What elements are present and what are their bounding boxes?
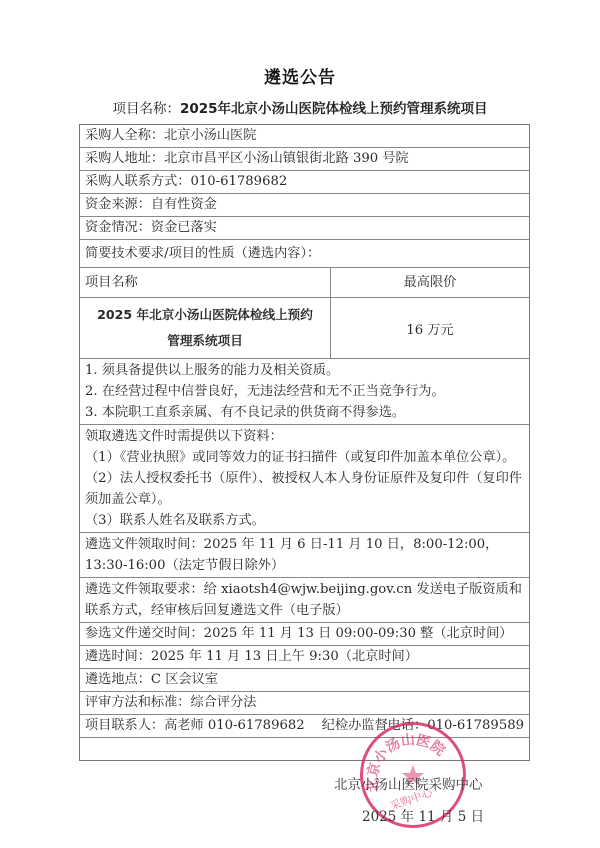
items-header-row: 项目名称 最高限价 xyxy=(80,268,529,298)
document-title: 遴选公告 xyxy=(0,63,600,88)
evaluation-method-row: 评审方法和标准：综合评分法 xyxy=(80,692,529,715)
qualification-item: 1. 须具备提供以上服务的能力及相关资质。 xyxy=(85,360,524,381)
item-name-cell: 2025 年北京小汤山医院体检线上预约 管理系统项目 xyxy=(80,298,331,358)
qualifications-row: 1. 须具备提供以上服务的能力及相关资质。 2. 在经营过程中信誉良好，无违法经… xyxy=(80,359,529,425)
documents-header: 领取遴选文件时需提供以下资料： xyxy=(85,426,524,447)
project-contact: 项目联系人：高老师 010-61789682 xyxy=(85,715,305,737)
selection-location-row: 遴选地点：C 区会议室 xyxy=(80,669,529,692)
item-name-line1: 2025 年北京小汤山医院体检线上预约 xyxy=(85,302,325,328)
item-row: 2025 年北京小汤山医院体检线上预约 管理系统项目 16 万元 xyxy=(80,298,529,359)
qualification-item: 3. 本院职工直系亲属、有不良记录的供货商不得参选。 xyxy=(85,402,524,423)
document-item: （3）联系人姓名及联系方式。 xyxy=(85,510,524,531)
fund-status-row: 资金情况：资金已落实 xyxy=(80,217,529,240)
issue-date: 2025 年 11 月 5 日 xyxy=(362,805,484,825)
selection-time-row: 遴选时间：2025 年 11 月 13 日上午 9:30（北京时间） xyxy=(80,646,529,669)
item-name-line2: 管理系统项目 xyxy=(85,328,325,354)
collection-time-row: 遴选文件领取时间：2025 年 11 月 6 日-11 月 10 日，8:00-… xyxy=(80,533,529,578)
project-name: 2025年北京小汤山医院体检线上预约管理系统项目 xyxy=(180,101,488,117)
item-price-cell: 16 万元 xyxy=(331,298,529,358)
requirements-header-row: 简要技术要求/项目的性质（遴选内容）： xyxy=(80,240,529,268)
project-line: 项目名称：2025年北京小汤山医院体检线上预约管理系统项目 xyxy=(0,97,600,117)
col-header-price: 最高限价 xyxy=(331,268,529,297)
issuing-organization: 北京小汤山医院采购中心 xyxy=(334,773,483,793)
documents-row: 领取遴选文件时需提供以下资料： （1）《营业执照》或同等效力的证书扫描件（或复印… xyxy=(80,425,529,533)
col-header-name: 项目名称 xyxy=(80,268,331,297)
project-label: 项目名称： xyxy=(112,101,180,117)
purchaser-address-row: 采购人地址：北京市昌平区小汤山镇银街北路 390 号院 xyxy=(80,148,529,171)
collection-requirement-row: 遴选文件领取要求：给 xiaotsh4@wjw.beijing.gov.cn 发… xyxy=(80,578,529,623)
purchaser-contact-row: 采购人联系方式：010-61789682 xyxy=(80,171,529,194)
submission-time-row: 参选文件递交时间：2025 年 11 月 13 日 09:00-09:30 整（… xyxy=(80,623,529,646)
document-item: （2）法人授权委托书（原件）、被授权人本人身份证原件及复印件（复印件须加盖公章）… xyxy=(85,468,524,510)
qualification-item: 2. 在经营过程中信誉良好，无违法经营和无不正当竞争行为。 xyxy=(85,381,524,402)
announcement-table: 采购人全称：北京小汤山医院 采购人地址：北京市昌平区小汤山镇银街北路 390 号… xyxy=(79,124,530,761)
document-item: （1）《营业执照》或同等效力的证书扫描件（或复印件加盖本单位公章）。 xyxy=(85,447,524,468)
purchaser-name-row: 采购人全称：北京小汤山医院 xyxy=(80,125,529,148)
fund-source-row: 资金来源：自有性资金 xyxy=(80,194,529,217)
